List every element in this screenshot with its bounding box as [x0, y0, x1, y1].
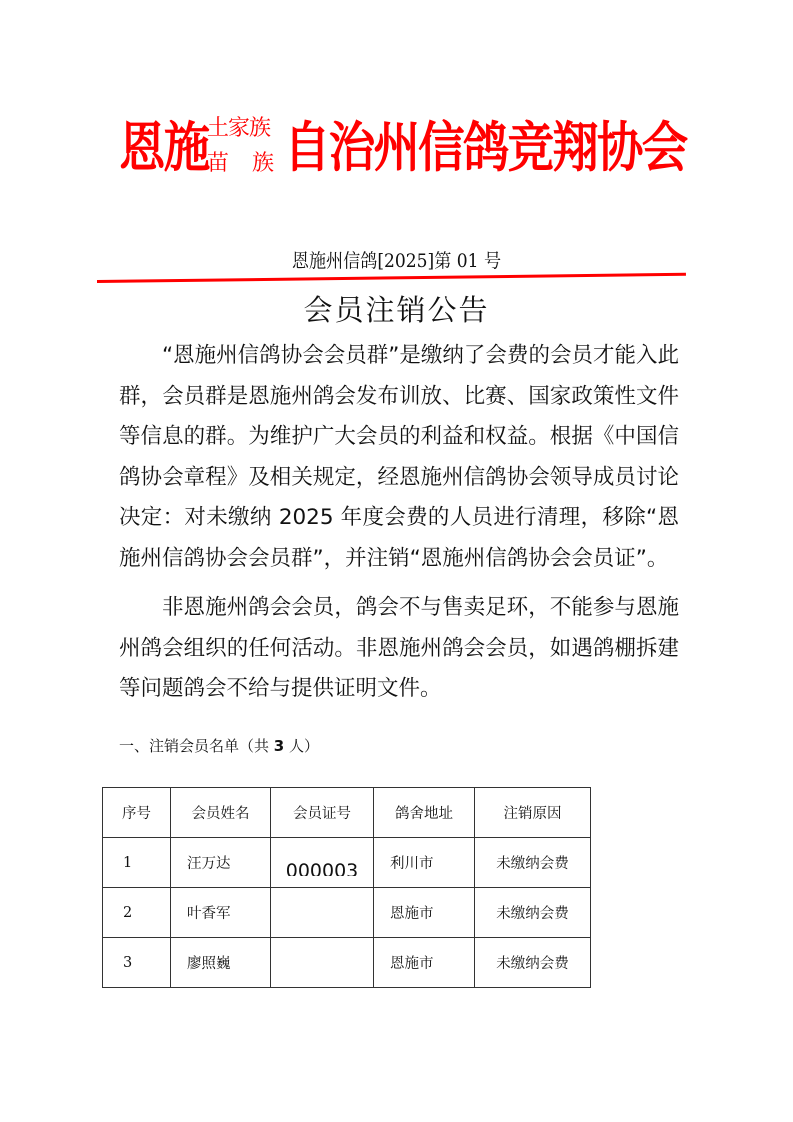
member-count: 3	[274, 737, 284, 755]
cell-loft-address: 恩施市	[374, 938, 475, 988]
letterhead-suffix: 自治州信鸽竞翔协会	[284, 118, 686, 178]
cell-member-id: 000003	[271, 838, 374, 888]
table-header-row: 序号 会员姓名 会员证号 鸽舍地址 注销原因	[103, 788, 591, 838]
letterhead-ethnic-bottom-right: 族	[252, 152, 273, 176]
list-heading-prefix: 一、注销会员名单（共	[119, 737, 274, 755]
letterhead-ethnic-top: 土家族	[207, 117, 270, 141]
cell-name: 汪万达	[171, 838, 271, 888]
header-loft-address: 鸽舍地址	[374, 788, 475, 838]
paragraph-1: “恩施州信鸽协会会员群”是缴纳了会费的会员才能入此群，会员群是恩施州鸽会发布训放…	[119, 336, 679, 579]
list-heading-suffix: 人）	[284, 737, 319, 755]
cell-index: 2	[103, 888, 171, 938]
list-heading: 一、注销会员名单（共 3 人）	[119, 735, 319, 757]
document-number: 恩施州信鸽[2025]第 01 号	[40, 248, 754, 274]
table-row: 2 叶香军 恩施市 未缴纳会费	[103, 888, 591, 938]
header-cancel-reason: 注销原因	[475, 788, 591, 838]
cell-name: 叶香军	[171, 888, 271, 938]
cell-name: 廖照巍	[171, 938, 271, 988]
member-id-value: 000003	[286, 860, 359, 876]
cell-loft-address: 利川市	[374, 838, 475, 888]
header-name: 会员姓名	[171, 788, 271, 838]
header-member-id: 会员证号	[271, 788, 374, 838]
page-title: 会员注销公告	[0, 290, 793, 330]
cell-loft-address: 恩施市	[374, 888, 475, 938]
letterhead-prefix: 恩施	[119, 118, 208, 178]
table-row: 1 汪万达 000003 利川市 未缴纳会费	[103, 838, 591, 888]
cell-index: 1	[103, 838, 171, 888]
cell-cancel-reason: 未缴纳会费	[475, 838, 591, 888]
letterhead-ethnic-bottom-left: 苗	[207, 152, 228, 176]
cell-cancel-reason: 未缴纳会费	[475, 938, 591, 988]
cell-index: 3	[103, 938, 171, 988]
paragraph-2: 非恩施州鸽会会员，鸽会不与售卖足环，不能参与恩施州鸽会组织的任何活动。非恩施州鸽…	[119, 588, 679, 710]
members-table: 序号 会员姓名 会员证号 鸽舍地址 注销原因 1 汪万达 000003 利川市 …	[102, 787, 591, 988]
table-row: 3 廖照巍 恩施市 未缴纳会费	[103, 938, 591, 988]
cell-member-id	[271, 938, 374, 988]
red-divider-line	[97, 273, 686, 283]
header-index: 序号	[103, 788, 171, 838]
cell-member-id	[271, 888, 374, 938]
cell-cancel-reason: 未缴纳会费	[475, 888, 591, 938]
